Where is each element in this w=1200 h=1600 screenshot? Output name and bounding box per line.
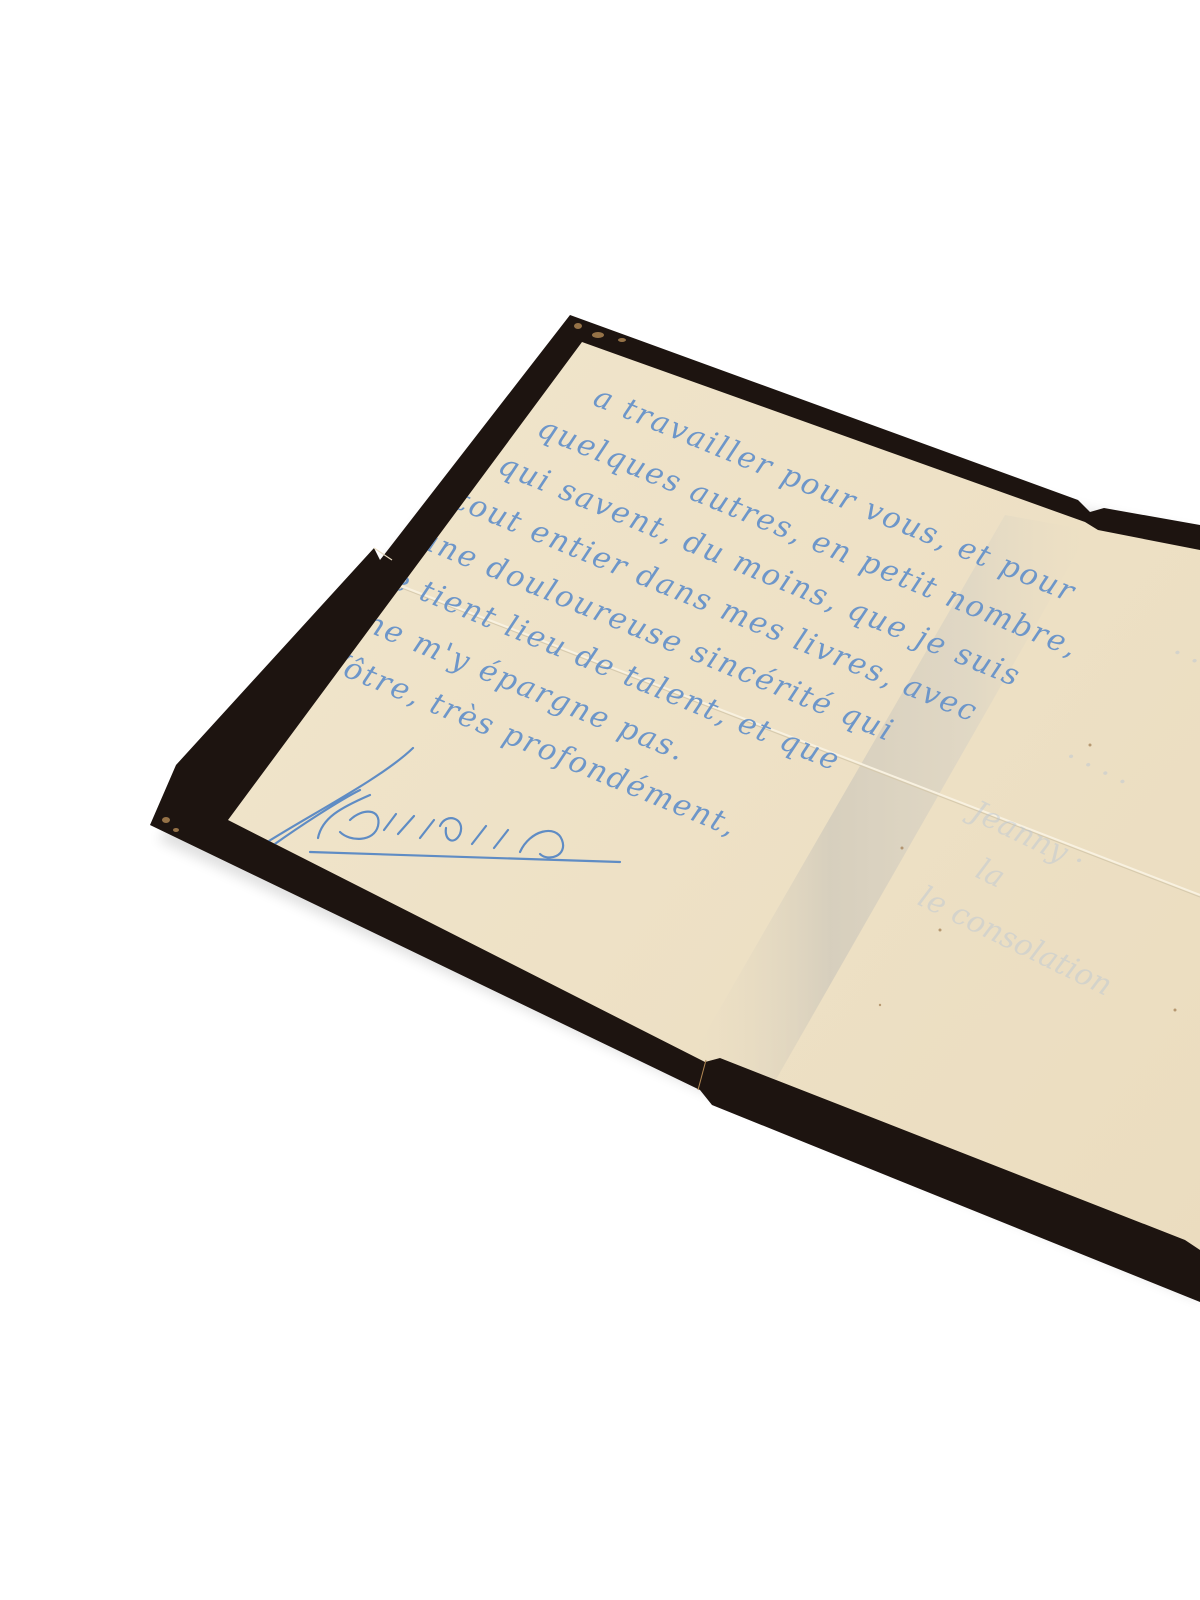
signature-text: Bernanos <box>0 0 5 1</box>
photo-stage: · · · Jeanny · la le consolation · · · ·… <box>0 0 1200 1600</box>
